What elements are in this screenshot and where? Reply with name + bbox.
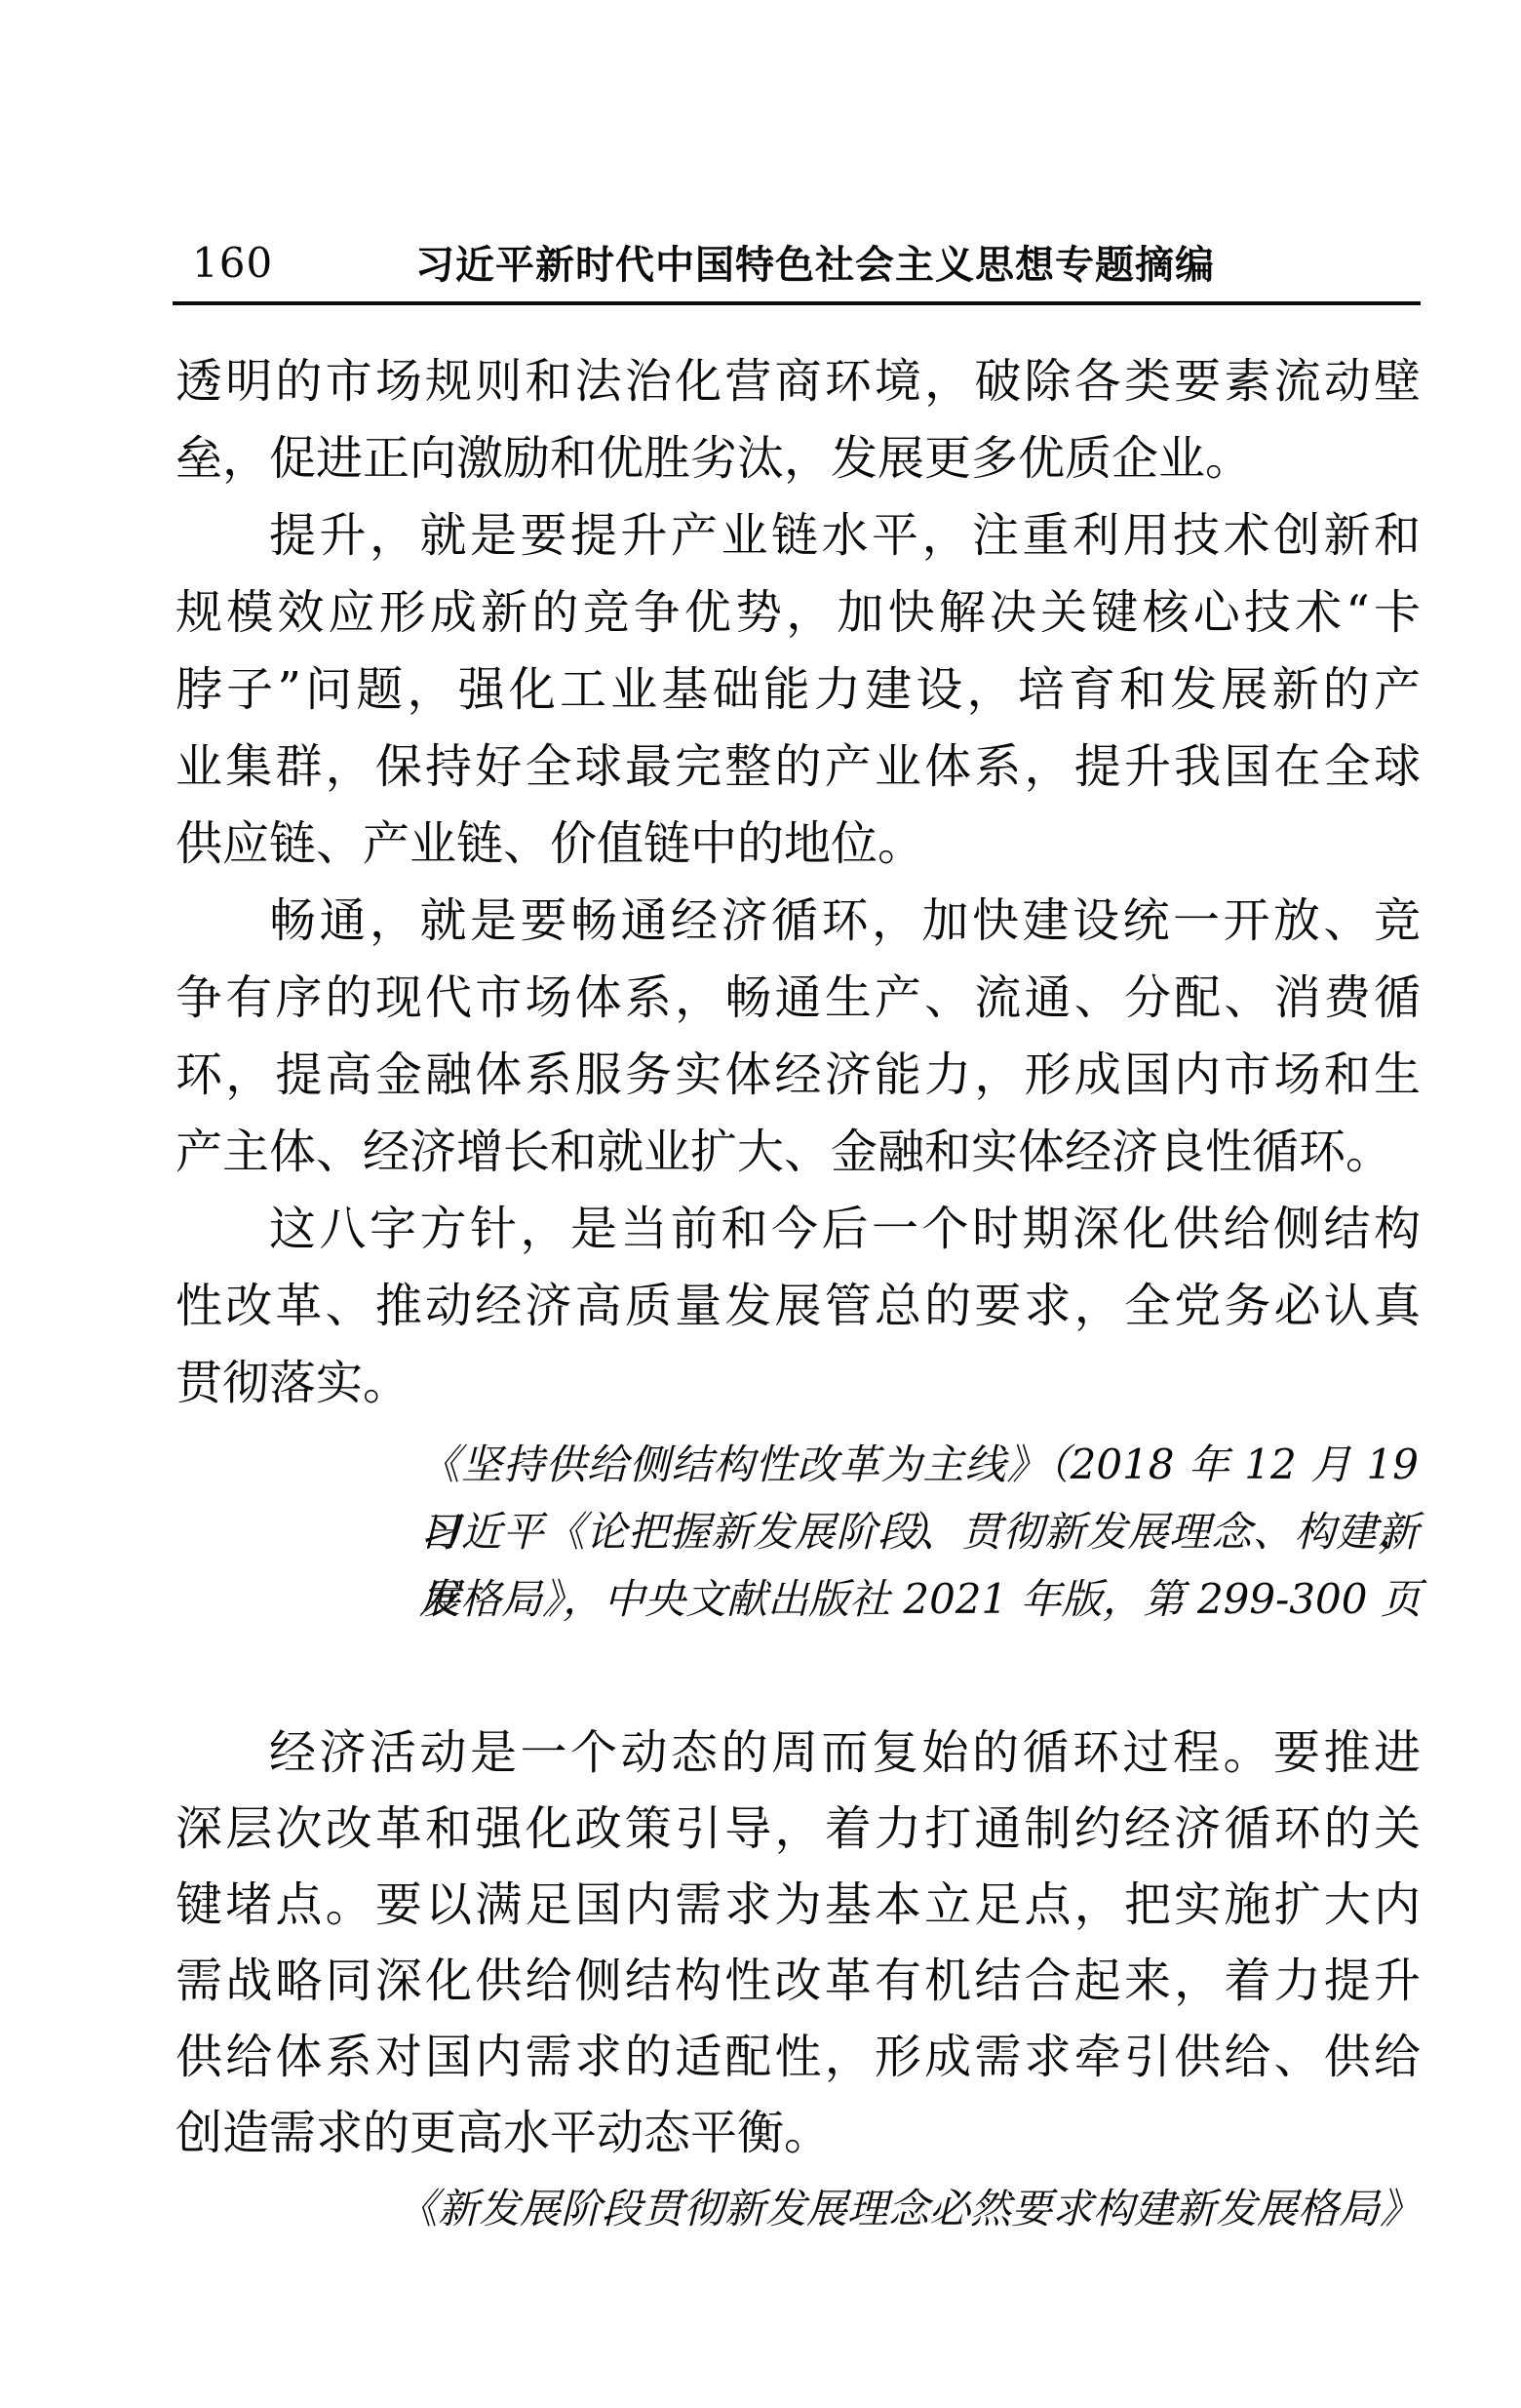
citation-line: 展格局》，中央文献出版社 2021 年版，第 299-300 页 [419,1565,1419,1633]
body-line: 产主体、经济增长和就业扩大、金融和实体经济良性循环。 [175,1114,1421,1191]
body-line: 透明的市场规则和法治化营商环境，破除各类要素流动壁 [175,343,1421,420]
body-line: 规模效应形成新的竞争优势，加快解决关键核心技术“卡 [175,574,1421,651]
citation-line: 《坚持供给侧结构性改革为主线》（2018 年 12 月 19 日）， [419,1431,1419,1498]
body-line: 脖子”问题，强化工业基础能力建设，培育和发展新的产 [175,651,1421,729]
body-line: 创造需求的更高水平动态平衡。 [175,2095,1421,2171]
excerpt-2: 经济活动是一个动态的周而复始的循环过程。要推进 深层次改革和强化政策引导，着力打… [175,1715,1421,2171]
body-line: 需战略同深化供给侧结构性改革有机结合起来，着力提升 [175,1943,1421,2019]
body-line: 畅通，就是要畅通经济循环，加快建设统一开放、竞 [175,883,1421,960]
body-line: 性改革、推动经济高质量发展管总的要求，全党务必认真 [175,1268,1421,1345]
body-line: 供应链、产业链、价值链中的地位。 [175,806,1421,883]
header-rule [173,301,1421,305]
body-line: 争有序的现代市场体系，畅通生产、流通、分配、消费循 [175,960,1421,1037]
book-page: 160 习近平新时代中国特色社会主义思想专题摘编 透明的市场规则和法治化营商环境… [0,0,1521,2408]
body-line: 提升，就是要提升产业链水平，注重利用技术创新和 [175,497,1421,574]
body-line: 这八字方针，是当前和今后一个时期深化供给侧结构 [175,1191,1421,1268]
body-line: 供给体系对国内需求的适配性，形成需求牵引供给、供给 [175,2019,1421,2095]
body-line: 经济活动是一个动态的周而复始的循环过程。要推进 [175,1715,1421,1791]
body-line: 环，提高金融体系服务实体经济能力，形成国内市场和生 [175,1037,1421,1114]
citation-source-1: 《坚持供给侧结构性改革为主线》（2018 年 12 月 19 日）， 习近平《论… [419,1431,1419,1633]
body-line: 垒，促进正向激励和优胜劣汰，发展更多优质企业。 [175,420,1421,497]
body-line: 贯彻落实。 [175,1345,1421,1422]
body-line: 键堵点。要以满足国内需求为基本立足点，把实施扩大内 [175,1867,1421,1943]
page-number: 160 [192,242,273,285]
body-line: 深层次改革和强化政策引导，着力打通制约经济循环的关 [175,1791,1421,1867]
body-line: 业集群，保持好全球最完整的产业体系，提升我国在全球 [175,729,1421,806]
citation-line: 习近平《论把握新发展阶段、贯彻新发展理念、构建新发 [419,1498,1419,1565]
running-head-title: 习近平新时代中国特色社会主义思想专题摘编 [415,244,1234,287]
excerpt-1: 透明的市场规则和法治化营商环境，破除各类要素流动壁 垒，促进正向激励和优胜劣汰，… [175,343,1421,1422]
citation-source-2: 《新发展阶段贯彻新发展理念必然要求构建新发展格局》 [175,2177,1421,2235]
